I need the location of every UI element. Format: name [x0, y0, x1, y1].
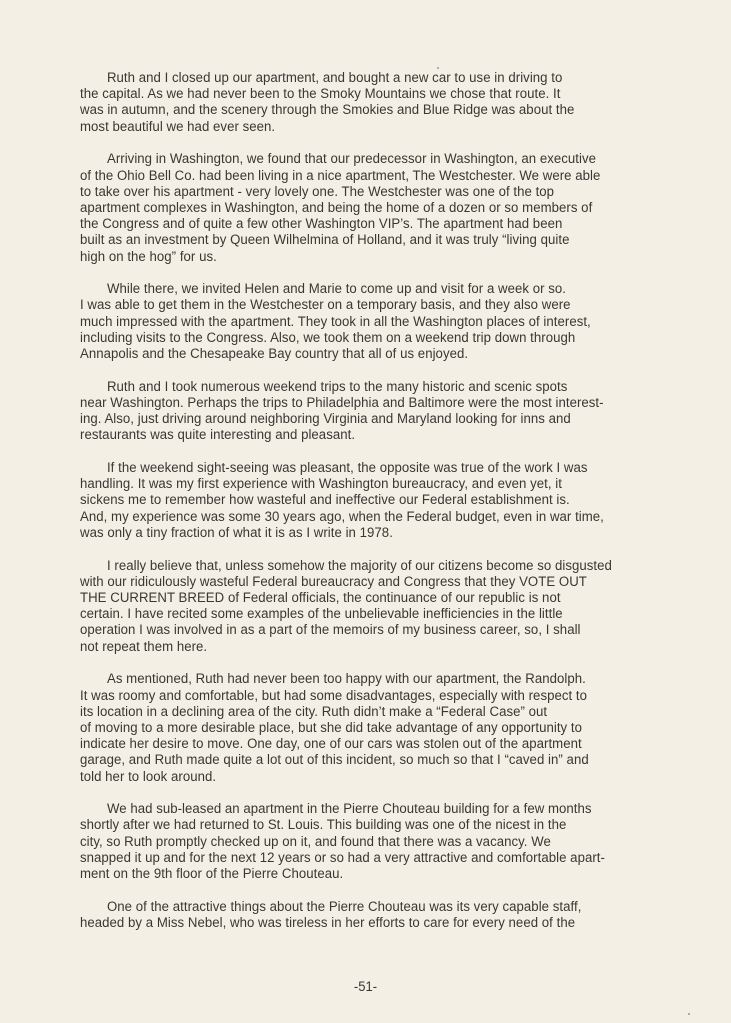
- text-line: I really believe that, unless somehow th…: [80, 558, 638, 574]
- text-line: its location in a declining area of the …: [80, 704, 638, 720]
- text-line: including visits to the Congress. Also, …: [80, 330, 638, 346]
- text-line: headed by a Miss Nebel, who was tireless…: [80, 915, 638, 931]
- paragraph: I really believe that, unless somehow th…: [80, 558, 680, 655]
- text-line: apartment complexes in Washington, and b…: [80, 200, 638, 216]
- text-line: sickens me to remember how wasteful and …: [80, 492, 638, 508]
- text-line: garage, and Ruth made quite a lot out of…: [80, 752, 638, 768]
- text-line: ment on the 9th floor of the Pierre Chou…: [80, 866, 638, 882]
- text-line: near Washington. Perhaps the trips to Ph…: [80, 395, 638, 411]
- text-line: THE CURRENT BREED of Federal officials, …: [80, 590, 638, 606]
- text-line: much impressed with the apartment. They …: [80, 314, 638, 330]
- paper-speck: [437, 67, 439, 69]
- text-line: built as an investment by Queen Wilhelmi…: [80, 232, 638, 248]
- text-line: city, so Ruth promptly checked up on it,…: [80, 834, 638, 850]
- paragraph: While there, we invited Helen and Marie …: [80, 281, 680, 362]
- text-line: not repeat them here.: [80, 639, 638, 655]
- text-line: was in autumn, and the scenery through t…: [80, 102, 638, 118]
- text-line: to take over his apartment - very lovely…: [80, 184, 638, 200]
- text-line: Ruth and I took numerous weekend trips t…: [80, 379, 638, 395]
- text-line: Arriving in Washington, we found that ou…: [80, 151, 638, 167]
- text-line: I was able to get them in the Westcheste…: [80, 297, 638, 313]
- memoir-body-text: Ruth and I closed up our apartment, and …: [80, 70, 680, 948]
- text-line: told her to look around.: [80, 769, 638, 785]
- text-line: indicate her desire to move. One day, on…: [80, 736, 638, 752]
- text-line: And, my experience was some 30 years ago…: [80, 509, 638, 525]
- text-line: the Congress and of quite a few other Wa…: [80, 216, 638, 232]
- paragraph: One of the attractive things about the P…: [80, 899, 680, 931]
- text-line: Annapolis and the Chesapeake Bay country…: [80, 346, 638, 362]
- text-line: shortly after we had returned to St. Lou…: [80, 817, 638, 833]
- text-line: was only a tiny fraction of what it is a…: [80, 525, 638, 541]
- text-line: with our ridiculously wasteful Federal b…: [80, 574, 638, 590]
- paragraph: Ruth and I closed up our apartment, and …: [80, 70, 680, 135]
- text-line: We had sub-leased an apartment in the Pi…: [80, 801, 638, 817]
- text-line: As mentioned, Ruth had never been too ha…: [80, 671, 638, 687]
- paragraph: Ruth and I took numerous weekend trips t…: [80, 379, 680, 444]
- text-line: restaurants was quite interesting and pl…: [80, 427, 638, 443]
- text-line: It was roomy and comfortable, but had so…: [80, 688, 638, 704]
- text-line: While there, we invited Helen and Marie …: [80, 281, 638, 297]
- text-line: the capital. As we had never been to the…: [80, 86, 638, 102]
- paragraph: As mentioned, Ruth had never been too ha…: [80, 671, 680, 784]
- paragraph: Arriving in Washington, we found that ou…: [80, 151, 680, 264]
- text-line: operation I was involved in as a part of…: [80, 622, 638, 638]
- text-line: of moving to a more desirable place, but…: [80, 720, 638, 736]
- text-line: handling. It was my first experience wit…: [80, 476, 638, 492]
- text-line: most beautiful we had ever seen.: [80, 119, 638, 135]
- page-number: -51-: [26, 978, 706, 994]
- text-line: high on the hog” for us.: [80, 249, 638, 265]
- text-line: Ruth and I closed up our apartment, and …: [80, 70, 638, 86]
- paragraph: We had sub-leased an apartment in the Pi…: [80, 801, 680, 882]
- text-line: of the Ohio Bell Co. had been living in …: [80, 168, 638, 184]
- text-line: ing. Also, just driving around neighbori…: [80, 411, 638, 427]
- document-page: Ruth and I closed up our apartment, and …: [0, 0, 731, 1023]
- text-line: One of the attractive things about the P…: [80, 899, 638, 915]
- text-line: snapped it up and for the next 12 years …: [80, 850, 638, 866]
- paragraph: If the weekend sight-seeing was pleasant…: [80, 460, 680, 541]
- paper-speck: [688, 1013, 690, 1015]
- text-line: certain. I have recited some examples of…: [80, 606, 638, 622]
- text-line: If the weekend sight-seeing was pleasant…: [80, 460, 638, 476]
